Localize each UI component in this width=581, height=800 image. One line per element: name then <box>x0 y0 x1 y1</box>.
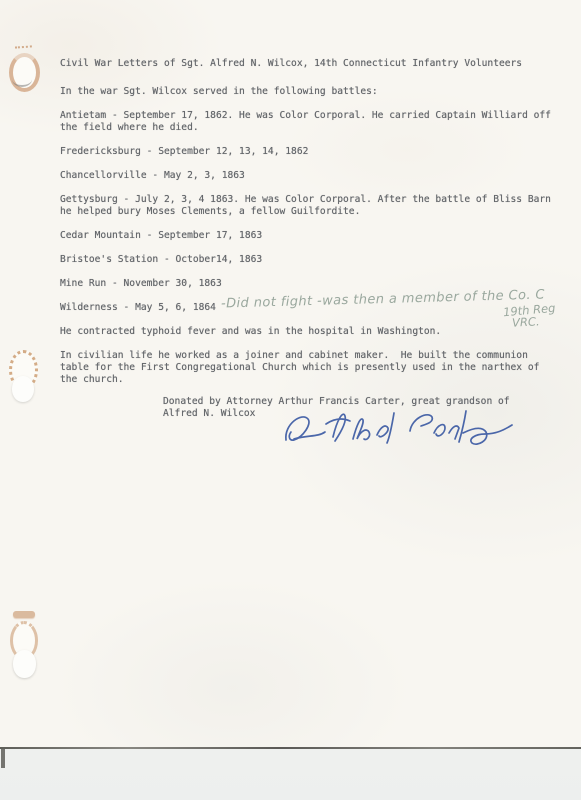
paper-sheet: Civil War Letters of Sgt. Alfred N. Wilc… <box>0 0 581 748</box>
battle-entry-cedar-mountain: Cedar Mountain - September 17, 1863 <box>60 230 570 242</box>
typhoid-line: He contracted typhoid fever and was in t… <box>60 326 570 338</box>
edge-tick-mark <box>1 749 5 768</box>
scanner-background-strip <box>0 749 581 800</box>
intro-line: In the war Sgt. Wilcox served in the fol… <box>60 86 570 98</box>
battle-entry-bristoes-station: Bristoe's Station - October14, 1863 <box>60 254 570 266</box>
staple-arc <box>12 72 32 87</box>
paper-blister <box>13 650 36 678</box>
signature-arthur-carter <box>280 406 518 458</box>
scanned-document: Civil War Letters of Sgt. Alfred N. Wilc… <box>0 0 581 800</box>
typed-text-column: Civil War Letters of Sgt. Alfred N. Wilc… <box>60 58 570 432</box>
handwritten-annotation-vrc: VRC. <box>512 314 540 329</box>
battle-entry-antietam: Antietam - September 17, 1862. He was Co… <box>60 110 570 134</box>
paper-blister <box>12 376 34 402</box>
battle-entry-gettysburg: Gettysburg - July 2, 3, 4 1863. He was C… <box>60 194 570 218</box>
signature-ink-strokes <box>280 406 518 458</box>
battle-entry-fredericksburg: Fredericksburg - September 12, 13, 14, 1… <box>60 146 570 158</box>
civilian-paragraph: In civilian life he worked as a joiner a… <box>60 350 570 386</box>
rust-smudge <box>13 611 35 618</box>
battle-entry-chancellorville: Chancellorville - May 2, 3, 1863 <box>60 170 570 182</box>
rust-squiggle <box>15 45 32 51</box>
document-title: Civil War Letters of Sgt. Alfred N. Wilc… <box>60 58 570 70</box>
